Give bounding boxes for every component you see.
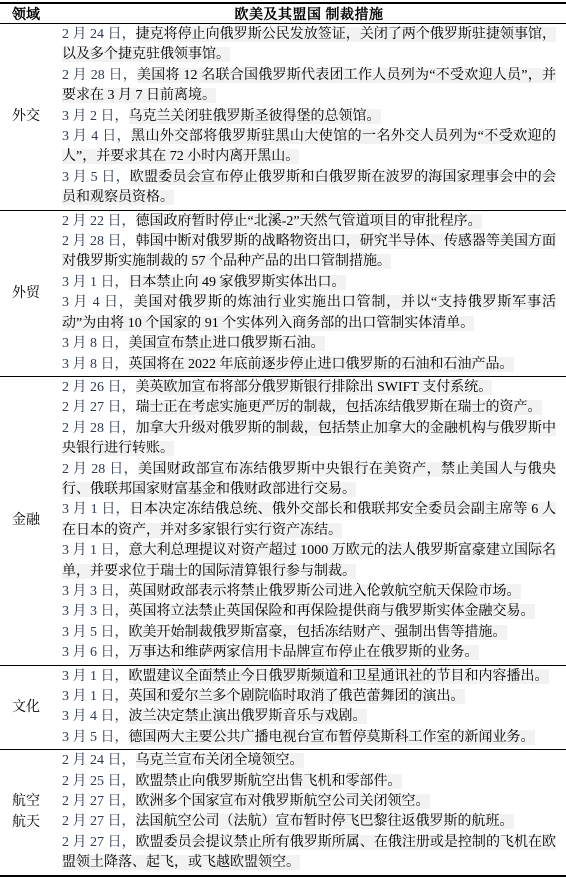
sanction-text: 乌克兰宣布关闭全境领空。 — [136, 753, 304, 768]
sanction-text: 欧美开始制裁俄罗斯富豪，包括冻结财产、强制出售等措施。 — [129, 625, 507, 640]
column-header-field: 领域 — [0, 4, 52, 24]
sanction-date: 3 月 1 日， — [62, 502, 130, 517]
sanction-item: 3 月 1 日，意大利总理提议对资产超过 1000 万欧元的法人俄罗斯富豪建立国… — [62, 541, 556, 582]
sanction-date: 3 月 4 日， — [62, 295, 134, 310]
sanction-text: 波兰决定禁止演出俄罗斯音乐与戏剧。 — [129, 709, 367, 724]
sanction-date: 3 月 3 日， — [62, 604, 129, 619]
sanction-item: 2 月 27 日，法国航空公司（法航）宣布暂时停飞巴黎往返俄罗斯的航班。 — [62, 812, 556, 832]
sanction-text: 美英欧加宣布将部分俄罗斯银行排除出 SWIFT 支付系统。 — [136, 380, 493, 395]
sanction-item: 2 月 27 日，瑞士正在考虑实施更严厉的制裁，包括冻结俄罗斯在瑞士的资产。 — [62, 398, 556, 418]
sanction-text: 黑山外交部将俄罗斯驻黑山大使馆的一名外交人员列为“不受欢迎的人”，并要求其在 7… — [62, 129, 556, 164]
sanction-item: 3 月 8 日，英国将在 2022 年底前逐步停止进口俄罗斯的石油和石油产品。 — [62, 355, 556, 375]
section-field-cell: 外贸 — [0, 211, 52, 376]
sanction-date: 3 月 6 日， — [62, 645, 129, 660]
section-field-label: 航空航天 — [10, 791, 42, 833]
sanction-text: 法国航空公司（法航）宣布暂时停飞巴黎往返俄罗斯的航班。 — [136, 814, 514, 829]
sanction-text: 欧洲多个国家宣布对俄罗斯航空公司关闭领空。 — [136, 794, 430, 809]
sanction-date: 2 月 27 日， — [62, 814, 136, 829]
sanction-text: 日本决定冻结俄总统、俄外交部长和俄联邦安全委员会副主席等 6 人在日本的资产，并… — [62, 502, 556, 537]
sanction-item: 3 月 5 日，欧盟委员会宣布停止俄罗斯和白俄罗斯在波罗的海国家理事会中的会员和… — [62, 168, 556, 209]
sanction-date: 2 月 28 日， — [62, 421, 136, 436]
sanction-date: 2 月 24 日， — [62, 753, 136, 768]
sanction-date: 3 月 3 日， — [62, 584, 129, 599]
sanction-text: 加拿大升级对俄罗斯的制裁，包括禁止加拿大的金融机构与俄罗斯中央银行进行转账。 — [62, 421, 556, 456]
sanction-date: 2 月 27 日， — [62, 794, 136, 809]
sanction-item: 2 月 28 日，美国将 12 名联合国俄罗斯代表团工作人员列为“不受欢迎人员”… — [62, 66, 556, 107]
sanction-date: 3 月 1 日， — [62, 543, 129, 558]
sanction-date: 2 月 25 日， — [62, 774, 136, 789]
sanction-item: 2 月 25 日，欧盟禁止向俄罗斯航空出售飞机和零部件。 — [62, 772, 556, 792]
sanction-text: 欧盟委员会宣布停止俄罗斯和白俄罗斯在波罗的海国家理事会中的会员和观察员资格。 — [62, 170, 556, 205]
sanction-text: 韩国中断对俄罗斯的战略物资出口，研究半导体、传感器等美国方面对俄罗斯实施制裁的 … — [62, 234, 556, 269]
sanction-text: 美国将 12 名联合国俄罗斯代表团工作人员列为“不受欢迎人员”，并要求在 3 月… — [62, 68, 556, 103]
sanction-date: 2 月 26 日， — [62, 380, 136, 395]
sanction-date: 2 月 27 日， — [62, 835, 136, 850]
sanction-date: 3 月 4 日， — [62, 129, 131, 144]
sanction-item: 2 月 27 日，欧盟委员会提议禁止所有俄罗斯所属、在俄注册或是控制的飞机在欧盟… — [62, 833, 556, 874]
sanction-item: 3 月 6 日，万事达和维萨两家信用卡品牌宣布停止在俄罗斯的业务。 — [62, 643, 556, 663]
sanction-item: 3 月 4 日，黑山外交部将俄罗斯驻黑山大使馆的一名外交人员列为“不受欢迎的人”… — [62, 127, 556, 168]
sanction-date: 3 月 5 日， — [62, 625, 129, 640]
sanction-text: 美国宣布禁止进口俄罗斯石油。 — [129, 336, 325, 351]
sanction-text: 瑞士正在考虑实施更严厉的制裁，包括冻结俄罗斯在瑞士的资产。 — [136, 400, 542, 415]
sanction-item: 3 月 1 日，日本决定冻结俄总统、俄外交部长和俄联邦安全委员会副主席等 6 人… — [62, 500, 556, 541]
sanction-date: 2 月 27 日， — [62, 400, 136, 415]
sanction-date: 3 月 8 日， — [62, 357, 129, 372]
sanction-text: 意大利总理提议对资产超过 1000 万欧元的法人俄罗斯富豪建立国际名单，并要求位… — [62, 543, 556, 578]
sanctions-table: 领域 欧美及其盟国 制裁措施 外交 2 月 24 日，捷克将停止向俄罗斯公民发放… — [0, 2, 566, 877]
sanction-item: 2 月 26 日，美英欧加宣布将部分俄罗斯银行排除出 SWIFT 支付系统。 — [62, 378, 556, 398]
sanction-date: 3 月 4 日， — [62, 709, 129, 724]
sanction-item: 3 月 2 日，乌克兰关闭驻俄罗斯圣彼得堡的总领馆。 — [62, 107, 556, 127]
sanction-item: 3 月 3 日，英国将立法禁止英国保险和再保险提供商与俄罗斯实体金融交易。 — [62, 602, 556, 622]
sanction-item: 2 月 22 日，德国政府暂时停止“北溪-2”天然气管道项目的审批程序。 — [62, 212, 556, 232]
sanction-item: 2 月 28 日，韩国中断对俄罗斯的战略物资出口，研究半导体、传感器等美国方面对… — [62, 232, 556, 273]
sanction-date: 3 月 8 日， — [62, 336, 129, 351]
sanction-text: 英国和爱尔兰多个剧院临时取消了俄芭蕾舞团的演出。 — [129, 689, 465, 704]
sanction-text: 德国政府暂时停止“北溪-2”天然气管道项目的审批程序。 — [136, 214, 482, 229]
section-items: 2 月 24 日，乌克兰宣布关闭全境领空。 2 月 25 日，欧盟禁止向俄罗斯航… — [52, 750, 566, 874]
sanction-text: 欧盟禁止向俄罗斯航空出售飞机和零部件。 — [136, 774, 402, 789]
sanction-text: 日本禁止向 49 家俄罗斯实体出口。 — [129, 275, 346, 290]
sanction-item: 3 月 5 日，德国两大主要公共广播电视台宣布暂停莫斯科工作室的新闻业务。 — [62, 728, 556, 748]
sanction-text: 乌克兰关闭驻俄罗斯圣彼得堡的总领馆。 — [129, 109, 381, 124]
section-items: 2 月 22 日，德国政府暂时停止“北溪-2”天然气管道项目的审批程序。 2 月… — [52, 211, 566, 376]
sanction-date: 3 月 1 日， — [62, 689, 129, 704]
sanction-item: 3 月 1 日，英国和爱尔兰多个剧院临时取消了俄芭蕾舞团的演出。 — [62, 687, 556, 707]
table-body: 外交 2 月 24 日，捷克将停止向俄罗斯公民发放签证，关闭了两个俄罗斯驻捷领事… — [0, 24, 566, 875]
section-field-label: 文化 — [12, 697, 40, 718]
table-section: 外交 2 月 24 日，捷克将停止向俄罗斯公民发放签证，关闭了两个俄罗斯驻捷领事… — [0, 24, 566, 211]
sanction-date: 2 月 28 日， — [62, 68, 137, 83]
sanction-text: 欧盟委员会提议禁止所有俄罗斯所属、在俄注册或是控制的飞机在欧盟领土降落、起飞，或… — [62, 835, 556, 870]
sanction-date: 3 月 1 日， — [62, 669, 129, 684]
sanction-text: 英国将在 2022 年底前逐步停止进口俄罗斯的石油和石油产品。 — [129, 357, 514, 372]
sanctions-document: 领域 欧美及其盟国 制裁措施 外交 2 月 24 日，捷克将停止向俄罗斯公民发放… — [0, 0, 566, 877]
table-header-row: 领域 欧美及其盟国 制裁措施 — [0, 4, 566, 24]
sanction-item: 2 月 24 日，捷克将停止向俄罗斯公民发放签证，关闭了两个俄罗斯驻捷领事馆，以… — [62, 25, 556, 66]
table-section: 金融 2 月 26 日，美英欧加宣布将部分俄罗斯银行排除出 SWIFT 支付系统… — [0, 377, 566, 666]
table-section: 外贸 2 月 22 日，德国政府暂时停止“北溪-2”天然气管道项目的审批程序。 … — [0, 211, 566, 377]
sanction-item: 3 月 4 日，美国对俄罗斯的炼油行业实施出口管制，并以“支持俄罗斯军事活动”为… — [62, 293, 556, 334]
sanction-date: 2 月 22 日， — [62, 214, 136, 229]
sanction-date: 2 月 28 日， — [62, 462, 138, 477]
section-field-cell: 金融 — [0, 377, 52, 665]
section-field-cell: 文化 — [0, 666, 52, 750]
section-field-cell: 航空航天 — [0, 750, 52, 874]
sanction-item: 2 月 24 日，乌克兰宣布关闭全境领空。 — [62, 751, 556, 771]
sanction-text: 捷克将停止向俄罗斯公民发放签证，关闭了两个俄罗斯驻捷领事馆，以及多个捷克驻俄领事… — [62, 27, 556, 62]
sanction-date: 2 月 28 日， — [62, 234, 136, 249]
section-field-label: 金融 — [12, 510, 40, 531]
sanction-item: 3 月 8 日，美国宣布禁止进口俄罗斯石油。 — [62, 334, 556, 354]
section-field-label: 外交 — [12, 106, 40, 127]
sanction-date: 3 月 5 日， — [62, 730, 129, 745]
sanction-date: 3 月 1 日， — [62, 275, 129, 290]
sanction-item: 2 月 27 日，欧洲多个国家宣布对俄罗斯航空公司关闭领空。 — [62, 792, 556, 812]
sanction-item: 3 月 4 日，波兰决定禁止演出俄罗斯音乐与戏剧。 — [62, 707, 556, 727]
sanction-item: 3 月 1 日，日本禁止向 49 家俄罗斯实体出口。 — [62, 273, 556, 293]
sanction-item: 3 月 3 日，英国财政部表示将禁止俄罗斯公司进入伦敦航空航天保险市场。 — [62, 582, 556, 602]
sanction-text: 美国对俄罗斯的炼油行业实施出口管制，并以“支持俄罗斯军事活动”为由将 10 个国… — [62, 295, 556, 330]
sanction-text: 万事达和维萨两家信用卡品牌宣布停止在俄罗斯的业务。 — [129, 645, 479, 660]
section-field-cell: 外交 — [0, 24, 52, 210]
sanction-item: 2 月 28 日，加拿大升级对俄罗斯的制裁，包括禁止加拿大的金融机构与俄罗斯中央… — [62, 419, 556, 460]
sanction-item: 2 月 28 日，美国财政部宣布冻结俄罗斯中央银行在美资产，禁止美国人与俄央行、… — [62, 460, 556, 501]
sanction-item: 3 月 5 日，欧美开始制裁俄罗斯富豪，包括冻结财产、强制出售等措施。 — [62, 623, 556, 643]
column-header-measures: 欧美及其盟国 制裁措施 — [52, 4, 566, 24]
table-section: 文化 3 月 1 日，欧盟建议全面禁止今日俄罗斯频道和卫星通讯社的节目和内容播出… — [0, 666, 566, 751]
table-section: 航空航天 2 月 24 日，乌克兰宣布关闭全境领空。 2 月 25 日，欧盟禁止… — [0, 750, 566, 874]
sanction-text: 英国财政部表示将禁止俄罗斯公司进入伦敦航空航天保险市场。 — [129, 584, 521, 599]
section-items: 3 月 1 日，欧盟建议全面禁止今日俄罗斯频道和卫星通讯社的节目和内容播出。 3… — [52, 666, 566, 750]
section-field-label: 外贸 — [12, 283, 40, 304]
sanction-date: 3 月 2 日， — [62, 109, 129, 124]
sanction-date: 2 月 24 日， — [62, 27, 136, 42]
sanction-text: 德国两大主要公共广播电视台宣布暂停莫斯科工作室的新闻业务。 — [129, 730, 535, 745]
sanction-text: 英国将立法禁止英国保险和再保险提供商与俄罗斯实体金融交易。 — [129, 604, 535, 619]
section-items: 2 月 24 日，捷克将停止向俄罗斯公民发放签证，关闭了两个俄罗斯驻捷领事馆，以… — [52, 24, 566, 210]
sanction-date: 3 月 5 日， — [62, 170, 130, 185]
sanction-text: 欧盟建议全面禁止今日俄罗斯频道和卫星通讯社的节目和内容播出。 — [129, 669, 549, 684]
sanction-item: 3 月 1 日，欧盟建议全面禁止今日俄罗斯频道和卫星通讯社的节目和内容播出。 — [62, 667, 556, 687]
section-items: 2 月 26 日，美英欧加宣布将部分俄罗斯银行排除出 SWIFT 支付系统。 2… — [52, 377, 566, 665]
